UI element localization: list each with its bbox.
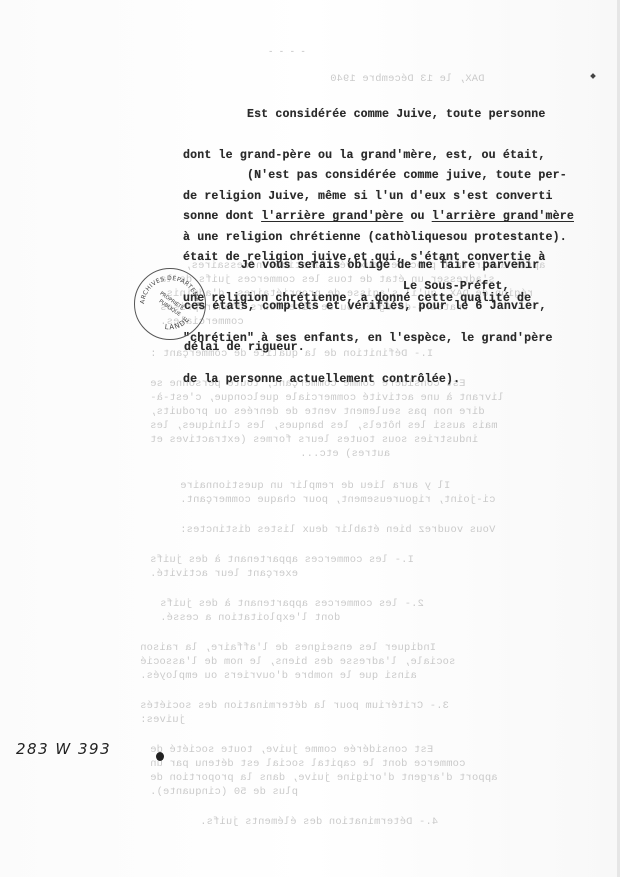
ink-blot [156,752,164,761]
stamp-graphic: ARCHIVES DÉPARTEMENTALES LANDES PROPRIÉT… [135,269,205,339]
ink-mark [590,73,596,79]
ghost-line: Vous voudrez bien établir deux listes di… [180,524,495,537]
text-line: (N'est pas considérée comme juive, toute… [183,169,574,183]
ghost-line: plus de 50 (cinquante). [150,786,298,799]
underlined-phrase: l'arrière grand'mère [432,210,574,223]
ghost-line: Il y aura lieu de remplir un questionnai… [180,480,450,493]
ghost-line: 2.- les commerces appartenant à des juif… [160,598,424,611]
ghost-line: autres) etc... [300,448,390,461]
ghost-line: ainsi que le nombre d'ouvriers ou employ… [140,670,417,683]
archive-stamp: ARCHIVES DÉPARTEMENTALES LANDES PROPRIÉT… [134,268,206,340]
ghost-line: mais aussi les hôtels, les banques, les … [150,420,498,433]
archive-reference-number: 283 W 393 [16,740,111,758]
ghost-line: sociale, l'adresse des biens, le nom de … [140,656,455,669]
ghost-line: 3.- Critérium pour la détermination des … [140,700,449,713]
text-fragment: sonne dont [183,210,261,223]
text-line: délai de rigueur. [120,341,546,355]
text-line: Est considérée comme Juive, toute person… [183,108,567,122]
ghost-line: industries sous toutes leurs formes (ext… [150,434,478,447]
ghost-line: ci-joint, rigoureusement, pour chaque co… [180,494,495,507]
ghost-line: I.- les commerces appartenant à des juif… [150,554,414,567]
ghost-line: Indiquer les enseignes de l'affaire, la … [140,642,436,655]
ghost-line: 4.- Détermination des éléments juifs. [200,816,438,829]
ghost-line: Est considérée comme juive, toute sociét… [150,744,433,757]
text-line: sonne dont l'arrière grand'père ou l'arr… [183,210,574,224]
document-page: DAX, le 13 Décembre 1940après avoir fait… [0,0,620,877]
ghost-line: apport d'argent d'origine juive, dans la… [150,772,498,785]
header-dash: - - - - [268,47,306,57]
text-fragment: ou [403,210,431,223]
ghost-line: commerce dont le capital social est déte… [150,758,465,771]
ghost-line: exerçant leur activité. [150,568,298,581]
ghost-line: dont l'exploitation a cessé. [160,612,340,625]
signature-line: Le Sous-Préfet, [403,280,510,294]
ghost-line: juives: [140,714,185,727]
underlined-phrase: l'arrière grand'père [261,210,403,223]
